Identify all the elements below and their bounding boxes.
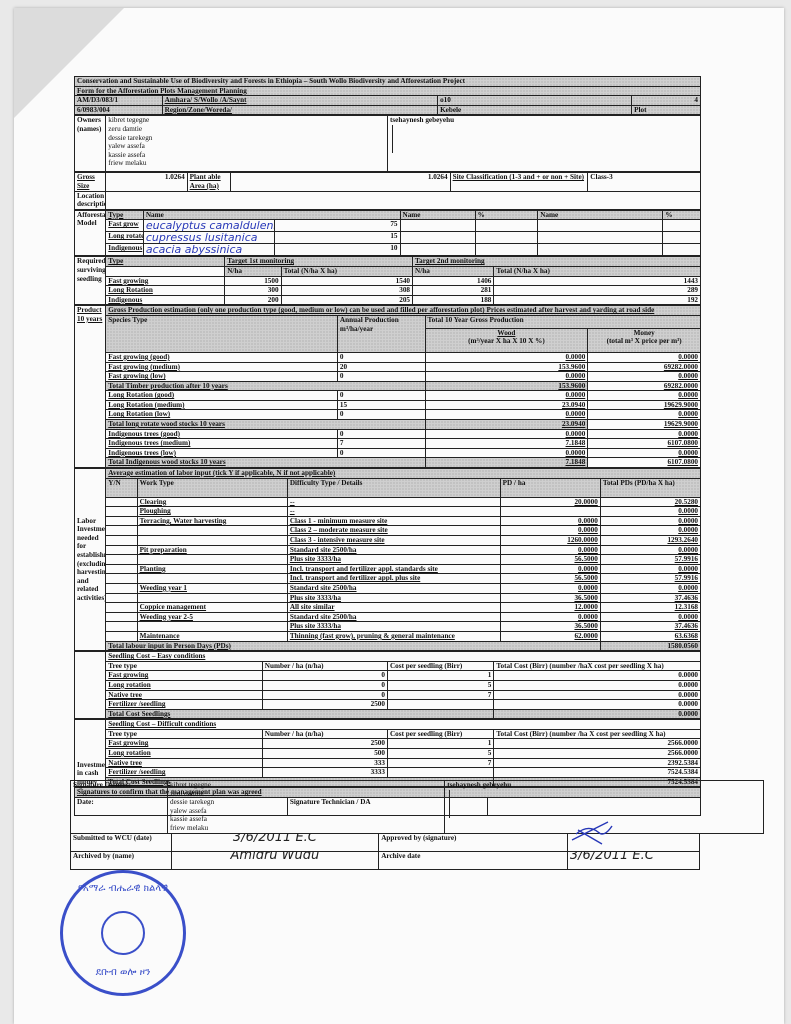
survival-label: Required surviving seedling (75, 257, 106, 305)
divider (392, 125, 393, 153)
labor-pd: 36.5000 (500, 593, 600, 603)
col-header: Difficulty Type / Details (287, 478, 500, 497)
production-label: Product 10 years (75, 306, 106, 468)
seedling-number: 0 (262, 671, 387, 681)
seedling-type: Fertilizer /seedling (106, 700, 263, 710)
labor-detail: Incl. transport and fertilizer appl. plu… (287, 574, 500, 584)
production-wood: 23.0940 (425, 400, 588, 410)
owner-name: yalew assefa (108, 142, 385, 151)
table-row: Native tree070.0000 (75, 690, 701, 700)
survival-n1: 200 (225, 295, 281, 305)
code-line2: 6/0983/004 (75, 105, 163, 115)
survival-type: Fast growing (106, 276, 225, 286)
owner-name: kassie assefa (170, 815, 442, 824)
kebele-value: o10 (438, 96, 632, 106)
table-row: Fast growing 1500 1540 1406 1443 (75, 276, 701, 286)
survival-t1: 205 (281, 295, 412, 305)
labor-pd: 0.0000 (500, 516, 600, 526)
yn-checkbox[interactable] (106, 574, 137, 584)
table-row: Long Rotation 300 308 281 289 (75, 286, 701, 296)
table-row: Incl. transport and fertilizer appl. plu… (75, 574, 701, 584)
signature-owners-block: Signature Owners: kibret tegegne zeru da… (70, 780, 764, 834)
seedling-cost: 7 (387, 758, 493, 768)
seedling-type: Long rotation (106, 749, 263, 759)
labor-detail: -- (287, 507, 500, 517)
location-value (106, 191, 701, 209)
production-species: Indigenous trees (good) (106, 429, 338, 439)
stamp-text-top: የአማራ ብሔራዊ ክልላዊ (63, 883, 183, 894)
table-row: Fertilizer /seedling25000.0000 (75, 700, 701, 710)
yn-checkbox[interactable] (106, 631, 137, 641)
production-total-label: Total Timber production after 10 years (106, 381, 425, 391)
table-row: Total Indigenous wood stocks 10 years7.1… (75, 458, 701, 468)
labor-total: 1293.2640 (600, 536, 700, 546)
code-line1: AM/D3/083/1 (75, 96, 163, 106)
labor-pd: 56.5000 (500, 574, 600, 584)
seedling-cost (387, 768, 493, 778)
plantable-label: Plant able Area (ha) (187, 173, 231, 191)
owner-name-extra: tsehaynesh gebeyehu (390, 116, 698, 125)
labor-pd: 1260.0000 (500, 536, 600, 546)
production-wood: 7.1848 (425, 458, 588, 468)
divider (449, 790, 450, 818)
table-row: Total long rotate wood stocks 10 years23… (75, 420, 701, 430)
production-money: 6107.0800 (588, 439, 701, 449)
table-row: Ploughing--0.0000 (75, 507, 701, 517)
production-species: Indigenous trees (medium) (106, 439, 338, 449)
production-money: 69282.0000 (588, 362, 701, 372)
production-money: 69282.0000 (588, 381, 701, 391)
labor-pd: 20.0000 (500, 497, 600, 507)
labor-label: Labor Investments needed for establishme… (75, 469, 106, 651)
col-header: Type (106, 210, 144, 220)
form-title: Form for the Afforestation Plots Managem… (75, 86, 701, 96)
seedling-number: 333 (262, 758, 387, 768)
official-stamp: የአማራ ብሔራዊ ክልላዊ ደቡብ ወሎ ዞን (60, 870, 186, 996)
seedling-easy-title: Seedling Cost – Easy conditions (106, 652, 701, 662)
survival-t2: 192 (494, 295, 701, 305)
survival-t2: 289 (494, 286, 701, 296)
seedling-cost (387, 700, 493, 710)
seedling-cost: 1 (387, 671, 493, 681)
labor-work-type (137, 574, 287, 584)
money-header: Money (634, 329, 655, 337)
production-annual: 20 (337, 362, 425, 372)
model-type: Long rotate (106, 232, 144, 244)
table-row: Long Rotation (good)00.00000.0000 (75, 391, 701, 401)
labor-pd: 0.0000 (500, 612, 600, 622)
labor-pd (500, 507, 600, 517)
col-header: Tree type (106, 661, 263, 671)
labor-work-type: Maintenance (137, 631, 287, 641)
yn-checkbox[interactable] (106, 603, 137, 613)
labor-detail: Class 3 - intensive measure site (287, 536, 500, 546)
yn-checkbox[interactable] (106, 564, 137, 574)
table-row: PlantingIncl. transport and fertilizer a… (75, 564, 701, 574)
table-row: MaintenanceThinning (fast grow), pruning… (75, 631, 701, 641)
labor-total: 63.6368 (600, 631, 700, 641)
owner-name: dessie tarekegn (108, 134, 385, 143)
submitted-value-handwritten: 3/6/2011 E.C (171, 834, 379, 852)
production-money: 0.0000 (588, 429, 701, 439)
header-table: Conservation and Sustainable Use of Biod… (74, 76, 701, 115)
production-wood: 153.9600 (425, 362, 588, 372)
owners-label: Owners (names) (75, 116, 106, 172)
seedling-total: 0.0000 (494, 671, 701, 681)
owners-list: kibret tegegne zeru damtie dessie tareke… (106, 116, 388, 172)
money-sub: (total m³ X price per m³) (607, 337, 682, 345)
col-header: Name (143, 210, 400, 220)
labor-work-type: Terracing, Water harvesting (137, 516, 287, 526)
labor-work-type: Coppice management (137, 603, 287, 613)
col-header: Target 1st monitoring (225, 257, 413, 267)
labor-detail: All site similar (287, 603, 500, 613)
yn-checkbox[interactable] (106, 622, 137, 632)
table-row: Coppice managementAll site similar12.000… (75, 603, 701, 613)
seedling-cost: 7 (387, 690, 493, 700)
labor-pd: 0.0000 (500, 526, 600, 536)
labor-detail: Class 2 – moderate measure site (287, 526, 500, 536)
col-header: % (475, 210, 538, 220)
seedling-type: Long rotation (106, 680, 263, 690)
yn-checkbox[interactable] (106, 545, 137, 555)
survival-n2: 1406 (413, 276, 494, 286)
table-row: Fast growing250012566.0000 (75, 739, 701, 749)
col-header: Cost per seedling (Birr) (387, 661, 493, 671)
labor-work-type (137, 536, 287, 546)
signature-owners-list: kibret tegegne zeru damtie dessie tareke… (168, 781, 445, 834)
labor-pd: 0.0000 (500, 564, 600, 574)
table-row: Native tree33372392.5384 (75, 758, 701, 768)
labor-pd: 62.0000 (500, 631, 600, 641)
seedling-total: 2566.0000 (494, 739, 701, 749)
labor-pd: 36.5000 (500, 622, 600, 632)
survival-type: Long Rotation (106, 286, 225, 296)
table-row: Indigenous trees (medium)77.18486107.080… (75, 439, 701, 449)
labor-detail: Standard site 2500/ha (287, 583, 500, 593)
seedling-type: Native tree (106, 758, 263, 768)
production-species: Indigenous trees (low) (106, 448, 338, 458)
yn-checkbox[interactable] (106, 497, 137, 507)
afforestation-model-label: Afforestation Model (75, 210, 106, 256)
table-row: Indigenous 200 205 188 192 (75, 295, 701, 305)
labor-total: 0.0000 (600, 612, 700, 622)
col-header: Tree type (106, 729, 263, 739)
labor-total: 0.0000 (600, 564, 700, 574)
investment-label: Investment in cash money (75, 720, 106, 787)
col-header: Total (N/ha X ha) (281, 266, 412, 276)
seedling-difficult-table: Investment in cash money Seedling Cost –… (74, 719, 701, 787)
production-annual: 0 (337, 372, 425, 382)
yn-checkbox[interactable] (106, 612, 137, 622)
archived-value-handwritten: Amidru Wudu (171, 852, 379, 870)
table-row: Plus site 3333/ha36.500037.4636 (75, 593, 701, 603)
col-header: N/ha (225, 266, 281, 276)
seedling-total: 0.0000 (494, 700, 701, 710)
survival-n1: 300 (225, 286, 281, 296)
labor-total-value: 1580.0560 (600, 641, 700, 651)
production-money: 19629.9000 (588, 400, 701, 410)
archived-label: Archived by (name) (71, 852, 172, 870)
labor-total: 0.0000 (600, 507, 700, 517)
col-header: PD / ha (500, 478, 600, 497)
labor-detail: Thinning (fast grow), pruning & general … (287, 631, 500, 641)
survival-t1: 308 (281, 286, 412, 296)
table-row: Weeding year 1Standard site 2500/ha0.000… (75, 583, 701, 593)
labor-total: 12.3168 (600, 603, 700, 613)
labor-detail: Standard site 2500/ha (287, 612, 500, 622)
owner-name-extra: tsehaynesh gebeyehu (447, 781, 761, 790)
labor-pd: 0.0000 (500, 583, 600, 593)
site-classification-value: Class-3 (588, 173, 701, 191)
production-annual: 15 (337, 400, 425, 410)
table-row: Fast growing (good)00.00000.0000 (75, 352, 701, 362)
survival-n1: 1500 (225, 276, 281, 286)
model-pct: 75 (275, 220, 400, 232)
table-row: Indigenous trees (good)00.00000.0000 (75, 429, 701, 439)
production-money: 19629.9000 (588, 420, 701, 430)
project-title: Conservation and Sustainable Use of Biod… (75, 77, 701, 87)
archive-date-handwritten: 3/6/2011 E.C (567, 852, 699, 870)
blank-side (75, 652, 106, 719)
submitted-label: Submitted to WCU (date) (71, 834, 172, 852)
table-row: Fast growing010.0000 (75, 671, 701, 681)
survival-t2: 1443 (494, 276, 701, 286)
labor-work-type: Ploughing (137, 507, 287, 517)
col-header: Number / ha (n/ha) (262, 661, 387, 671)
production-wood: 0.0000 (425, 448, 588, 458)
labor-work-type (137, 526, 287, 536)
seedling-total: 0.0000 (494, 690, 701, 700)
production-species: Long Rotation (medium) (106, 400, 338, 410)
labor-work-type: Clearing (137, 497, 287, 507)
labor-work-type (137, 593, 287, 603)
production-money: 0.0000 (588, 410, 701, 420)
approval-signature-icon (568, 818, 628, 846)
table-row: Fertilizer /seedling33337524.5384 (75, 768, 701, 778)
table-row: Long Rotation (low)00.00000.0000 (75, 410, 701, 420)
model-species-handwritten: cupressus lusitanica (143, 232, 274, 244)
owners-table: Owners (names) kibret tegegne zeru damti… (74, 115, 701, 172)
production-wood: 0.0000 (425, 429, 588, 439)
annual-header: Annual Production m³/ha/year (337, 315, 425, 352)
seedling-number: 500 (262, 749, 387, 759)
production-species: Fast growing (low) (106, 372, 338, 382)
production-money: 0.0000 (588, 391, 701, 401)
labor-work-type (137, 555, 287, 565)
production-wood: 0.0000 (425, 372, 588, 382)
survival-n2: 188 (413, 295, 494, 305)
table-row: Total Timber production after 10 years15… (75, 381, 701, 391)
yn-checkbox[interactable] (106, 593, 137, 603)
labor-detail: Plus site 3333/ha (287, 622, 500, 632)
seedling-type: Fast growing (106, 671, 263, 681)
location-label: Location description (75, 191, 106, 209)
seedling-number: 3333 (262, 768, 387, 778)
col-header: Work Type (137, 478, 287, 497)
seedling-type: Fertilizer /seedling (106, 768, 263, 778)
production-wood: 153.9600 (425, 381, 588, 391)
table-row: Fast growing (low)00.00000.0000 (75, 372, 701, 382)
labor-total: 20.5280 (600, 497, 700, 507)
table-row: Terracing, Water harvestingClass 1 - min… (75, 516, 701, 526)
seedling-type: Native tree (106, 690, 263, 700)
wood-sub: (m³/year X ha X 10 X %) (468, 337, 545, 345)
yn-checkbox[interactable] (106, 516, 137, 526)
labor-total: 0.0000 (600, 545, 700, 555)
production-table: Product 10 years Gross Production estima… (74, 305, 701, 468)
production-wood: 0.0000 (425, 391, 588, 401)
labor-detail: Class 1 - minimum measure site (287, 516, 500, 526)
labor-total: 0.0000 (600, 516, 700, 526)
site-classification-label: Site Classification (1-3 and + or non + … (450, 173, 588, 191)
gross-size-value: 1.0264 (106, 173, 187, 191)
yn-checkbox[interactable] (106, 507, 137, 517)
labor-work-type: Weeding year 1 (137, 583, 287, 593)
production-annual: 0 (337, 429, 425, 439)
table-row: Total labour input in Person Days (PDs)1… (75, 641, 701, 651)
labor-total: 57.9916 (600, 574, 700, 584)
production-intro: Gross Production estimation (only one pr… (106, 306, 701, 316)
model-species-handwritten: eucalyptus camaldulensis (143, 220, 274, 232)
col-header: % (663, 210, 701, 220)
region-label: Region/Zone/Woreda/ (162, 105, 437, 115)
labor-intro: Average estimation of labor input (tick … (106, 469, 701, 479)
table-row: Total Cost Seedlings0.0000 (75, 709, 701, 719)
gross-size-label: Gross Size (75, 173, 106, 191)
owners-extra: tsehaynesh gebeyehu (387, 116, 700, 172)
labor-detail: Standard site 2500/ha (287, 545, 500, 555)
labor-table: Labor Investments needed for establishme… (74, 468, 701, 651)
col-header: N/ha (413, 266, 494, 276)
production-annual: 0 (337, 448, 425, 458)
table-row: Plus site 3333/ha36.500037.4636 (75, 622, 701, 632)
col-header: Target 2nd monitoring (413, 257, 701, 267)
production-wood: 23.0940 (425, 420, 588, 430)
stamp-emblem-icon (101, 911, 145, 955)
yn-checkbox[interactable] (106, 526, 137, 536)
production-total-label: Total Indigenous wood stocks 10 years (106, 458, 425, 468)
table-row: Long rotation50052566.0000 (75, 749, 701, 759)
afforestation-model-table: Afforestation Model Type Name Name % Nam… (74, 210, 701, 257)
yn-checkbox[interactable] (106, 555, 137, 565)
yn-checkbox[interactable] (106, 583, 137, 593)
table-row: Long rotation050.0000 (75, 680, 701, 690)
model-pct: 15 (275, 232, 400, 244)
col-header: Cost per seedling (Birr) (387, 729, 493, 739)
col-header: Number / ha (n/ha) (262, 729, 387, 739)
survival-n2: 281 (413, 286, 494, 296)
col-header: Y/N (106, 478, 137, 497)
total-header: Total 10 Year Gross Production (425, 315, 700, 328)
owner-name: friew melaku (108, 159, 385, 168)
production-money: 0.0000 (588, 352, 701, 362)
production-species: Fast growing (good) (106, 352, 338, 362)
production-total-label: Total long rotate wood stocks 10 years (106, 420, 425, 430)
table-row: Class 3 - intensive measure site1260.000… (75, 536, 701, 546)
production-wood: 0.0000 (425, 410, 588, 420)
model-type: Fast grow (106, 220, 144, 232)
plantable-value: 1.0264 (231, 173, 450, 191)
model-species-handwritten: acacia abyssinica (143, 244, 274, 256)
labor-total: 57.9916 (600, 555, 700, 565)
labor-detail: Incl. transport and fertilizer appl. sta… (287, 564, 500, 574)
seedling-number: 0 (262, 680, 387, 690)
production-money: 6107.0800 (588, 458, 701, 468)
afforestation-form: Conservation and Sustainable Use of Biod… (74, 76, 701, 816)
signature-owners-table: Signature Owners: kibret tegegne zeru da… (70, 780, 764, 834)
production-money: 0.0000 (588, 448, 701, 458)
plot-label: Plot (632, 105, 701, 115)
table-row: Long Rotation (medium)1523.094019629.900… (75, 400, 701, 410)
labor-pd: 56.5000 (500, 555, 600, 565)
kebele-label: Kebele (438, 105, 632, 115)
production-annual: 0 (337, 391, 425, 401)
yn-checkbox[interactable] (106, 536, 137, 546)
col-header: Total PDs (PD/ha X ha) (600, 478, 700, 497)
survival-t1: 1540 (281, 276, 412, 286)
labor-detail: Plus site 3333/ha (287, 555, 500, 565)
labor-detail: Plus site 3333/ha (287, 593, 500, 603)
survival-table: Required surviving seedling Type Target … (74, 256, 701, 305)
table-row: Fast growing (medium)20153.960069282.000… (75, 362, 701, 372)
table-row: Class 2 – moderate measure site0.00000.0… (75, 526, 701, 536)
labor-total: 37.4636 (600, 593, 700, 603)
col-header: Total (N/ha X ha) (494, 266, 701, 276)
seedling-type: Fast growing (106, 739, 263, 749)
labor-work-type: Pit preparation (137, 545, 287, 555)
col-header: Name (400, 210, 475, 220)
labor-pd: 12.0000 (500, 603, 600, 613)
owner-name: dessie tarekegn (170, 798, 442, 807)
signature-owners-label: Signature Owners: (71, 781, 168, 834)
labor-total: 37.4636 (600, 622, 700, 632)
col-header: Type (106, 257, 225, 267)
labor-work-type: Weeding year 2-5 (137, 612, 287, 622)
col-header: Total Cost (Birr) (number /ha X cost per… (494, 729, 701, 739)
seedling-total: 0.0000 (494, 680, 701, 690)
production-annual: 7 (337, 439, 425, 449)
archive-date-label: Archive date (379, 852, 568, 870)
stamp-text-bottom: ደቡብ ወሎ ዞን (63, 967, 183, 978)
seedling-number: 2500 (262, 700, 387, 710)
owner-name: kassie assefa (108, 151, 385, 160)
labor-work-type (137, 622, 287, 632)
seedling-total-label: Total Cost Seedlings (106, 709, 494, 719)
owner-name: friew melaku (170, 824, 442, 833)
table-row: Indigenous trees (low)00.00000.0000 (75, 448, 701, 458)
wood-header: Wood (497, 329, 515, 337)
labor-total-label: Total labour input in Person Days (PDs) (106, 641, 601, 651)
production-wood: 0.0000 (425, 352, 588, 362)
table-row: Weeding year 2-5Standard site 2500/ha0.0… (75, 612, 701, 622)
seedling-total: 7524.5384 (494, 768, 701, 778)
seedling-number: 0 (262, 690, 387, 700)
seedling-cost: 1 (387, 739, 493, 749)
seedling-cost: 5 (387, 749, 493, 759)
seedling-number: 2500 (262, 739, 387, 749)
seedling-total-value: 0.0000 (494, 709, 701, 719)
col-header: Name (538, 210, 663, 220)
owner-name: kibret tegegne (108, 116, 385, 125)
owner-name: zeru damtie (170, 790, 442, 799)
production-wood: 7.1848 (425, 439, 588, 449)
production-money: 0.0000 (588, 372, 701, 382)
production-annual: 0 (337, 352, 425, 362)
owner-name: kibret tegegne (170, 781, 442, 790)
col-header: Total Cost (Birr) (number /haX cost per … (494, 661, 701, 671)
table-row: Plus site 3333/ha56.500057.9916 (75, 555, 701, 565)
